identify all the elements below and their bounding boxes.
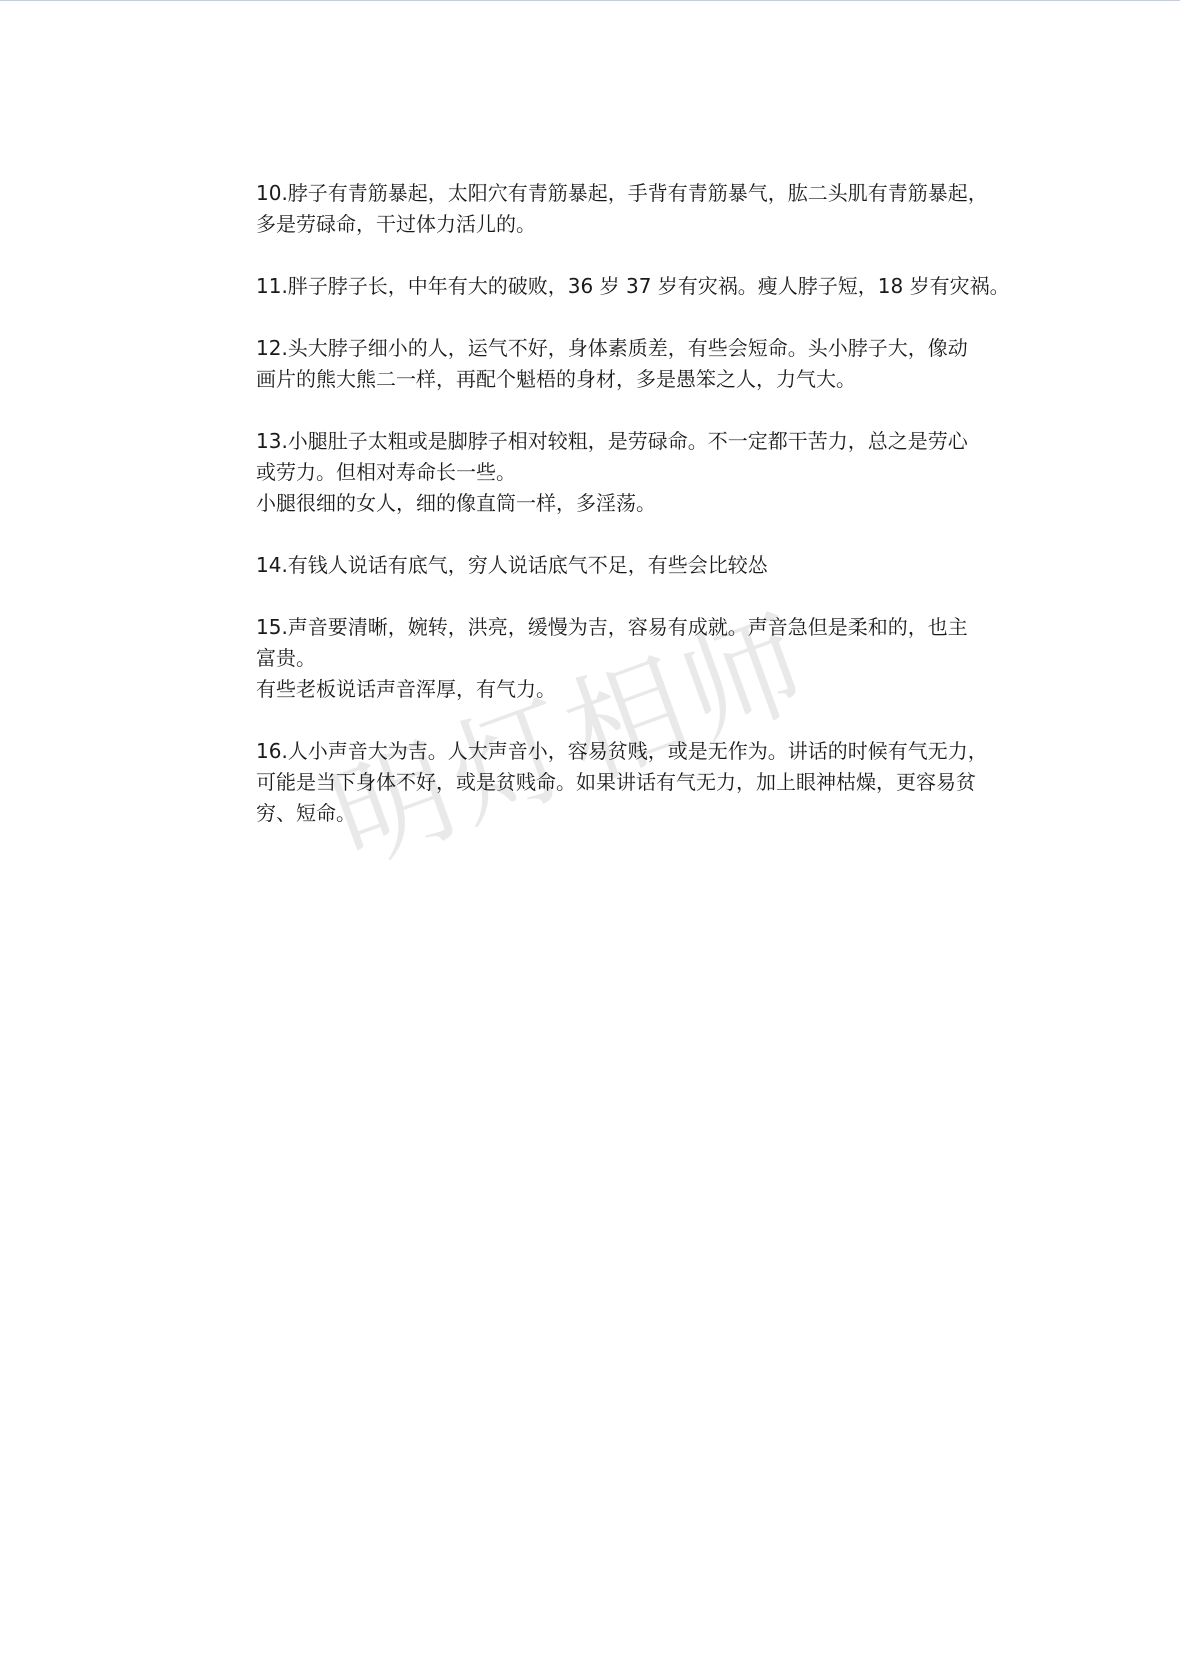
paragraph-line: 15.声音要清晰，婉转，洪亮，缓慢为吉，容易有成就。声音急但是柔和的，也主 (256, 612, 1016, 643)
paragraph-13: 13.小腿肚子太粗或是脚脖子相对较粗，是劳碌命。不一定都干苦力，总之是劳心 或劳… (256, 426, 1016, 519)
paragraph-line: 10.脖子有青筋暴起，太阳穴有青筋暴起，手背有青筋暴气，肱二头肌有青筋暴起， (256, 178, 1016, 209)
document-body: 10.脖子有青筋暴起，太阳穴有青筋暴起，手背有青筋暴气，肱二头肌有青筋暴起， 多… (256, 178, 1016, 860)
paragraph-12: 12.头大脖子细小的人，运气不好，身体素质差，有些会短命。头小脖子大，像动 画片… (256, 333, 1016, 395)
page-top-border (0, 0, 1180, 1)
paragraph-line: 13.小腿肚子太粗或是脚脖子相对较粗，是劳碌命。不一定都干苦力，总之是劳心 (256, 426, 1016, 457)
paragraph-line: 有些老板说话声音浑厚，有气力。 (256, 674, 1016, 705)
paragraph-line: 12.头大脖子细小的人，运气不好，身体素质差，有些会短命。头小脖子大，像动 (256, 333, 1016, 364)
paragraph-16: 16.人小声音大为吉。人大声音小，容易贫贱，或是无作为。讲话的时候有气无力， 可… (256, 736, 1016, 829)
paragraph-line: 16.人小声音大为吉。人大声音小，容易贫贱，或是无作为。讲话的时候有气无力， (256, 736, 1016, 767)
paragraph-line: 多是劳碌命，干过体力活儿的。 (256, 209, 1016, 240)
paragraph-line: 14.有钱人说话有底气，穷人说话底气不足，有些会比较怂 (256, 550, 1016, 581)
paragraph-line: 画片的熊大熊二一样，再配个魁梧的身材，多是愚笨之人，力气大。 (256, 364, 1016, 395)
paragraph-line: 11.胖子脖子长，中年有大的破败，36 岁 37 岁有灾祸。瘦人脖子短，18 岁… (256, 271, 1016, 302)
paragraph-line: 可能是当下身体不好，或是贫贱命。如果讲话有气无力，加上眼神枯燥，更容易贫 (256, 767, 1016, 798)
paragraph-line: 或劳力。但相对寿命长一些。 (256, 457, 1016, 488)
paragraph-line: 富贵。 (256, 643, 1016, 674)
paragraph-11: 11.胖子脖子长，中年有大的破败，36 岁 37 岁有灾祸。瘦人脖子短，18 岁… (256, 271, 1016, 302)
paragraph-line: 穷、短命。 (256, 798, 1016, 829)
paragraph-10: 10.脖子有青筋暴起，太阳穴有青筋暴起，手背有青筋暴气，肱二头肌有青筋暴起， 多… (256, 178, 1016, 240)
paragraph-15: 15.声音要清晰，婉转，洪亮，缓慢为吉，容易有成就。声音急但是柔和的，也主 富贵… (256, 612, 1016, 705)
paragraph-line: 小腿很细的女人，细的像直筒一样，多淫荡。 (256, 488, 1016, 519)
paragraph-14: 14.有钱人说话有底气，穷人说话底气不足，有些会比较怂 (256, 550, 1016, 581)
